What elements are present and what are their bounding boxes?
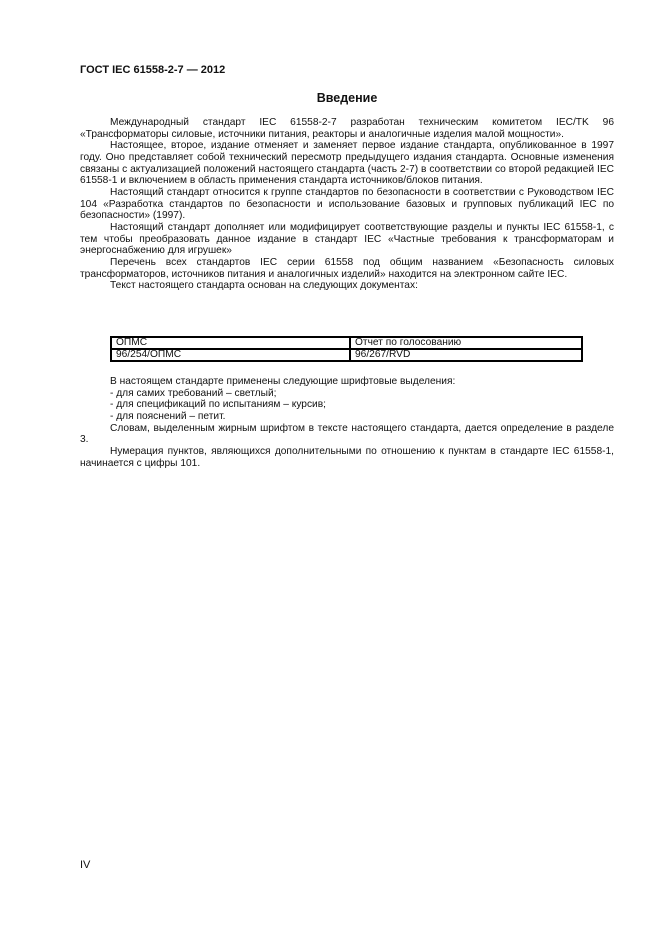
table-header-cell: Отчет по голосованию (350, 337, 582, 349)
convention-item: - для спецификаций по испытаниям – курси… (80, 399, 614, 411)
table-cell: 96/267/RVD (350, 349, 582, 361)
table-header-cell: ОПМС (111, 337, 350, 349)
paragraph: Настоящее, второе, издание отменяет и за… (80, 140, 614, 187)
paragraph: Международный стандарт IEC 61558-2-7 раз… (80, 117, 614, 140)
paragraph: Нумерация пунктов, являющихся дополнител… (80, 446, 614, 469)
paragraph: Словам, выделенным жирным шрифтом в текс… (80, 423, 614, 446)
document-header: ГОСТ IEC 61558-2-7 — 2012 (80, 64, 225, 76)
font-conventions-body: В настоящем стандарте применены следующи… (80, 376, 614, 469)
introduction-body: Международный стандарт IEC 61558-2-7 раз… (80, 117, 614, 292)
section-title: Введение (80, 91, 614, 105)
table-header-row: ОПМС Отчет по голосованию (111, 337, 582, 349)
paragraph: Перечень всех стандартов IEC серии 61558… (80, 257, 614, 280)
source-documents-table: ОПМС Отчет по голосованию 96/254/ОПМС 96… (110, 336, 583, 362)
paragraph: Настоящий стандарт относится к группе ст… (80, 187, 614, 222)
table-cell: 96/254/ОПМС (111, 349, 350, 361)
table-row: 96/254/ОПМС 96/267/RVD (111, 349, 582, 361)
paragraph: Настоящий стандарт дополняет или модифиц… (80, 222, 614, 257)
convention-item: - для самих требований – светлый; (80, 388, 614, 400)
page-number: IV (80, 859, 90, 871)
paragraph: Текст настоящего стандарта основан на сл… (80, 280, 614, 292)
convention-item: - для пояснений – петит. (80, 411, 614, 423)
conventions-intro: В настоящем стандарте применены следующи… (80, 376, 614, 388)
